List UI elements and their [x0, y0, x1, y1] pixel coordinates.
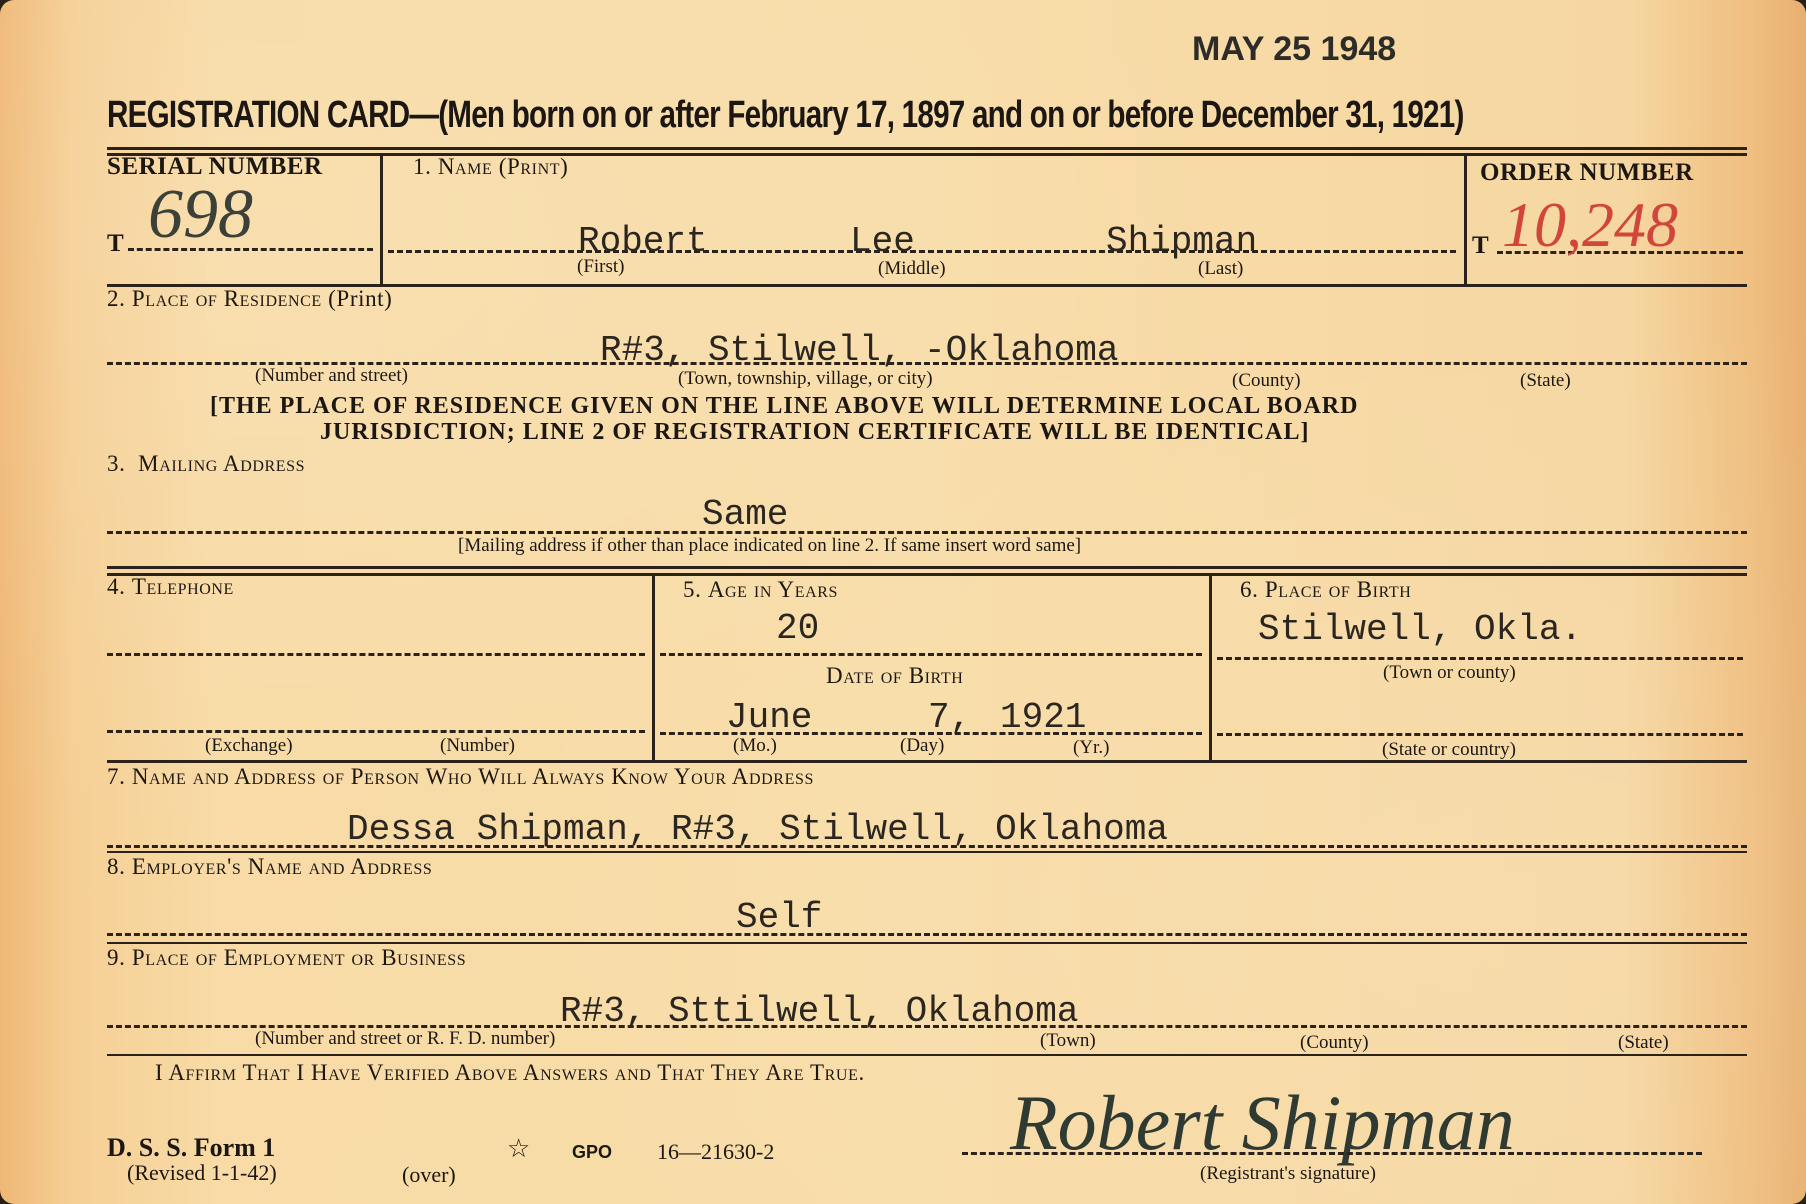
print-code: 16—21630-2 — [657, 1139, 774, 1165]
order-divider — [1464, 156, 1467, 284]
middle-name: Lee — [850, 221, 915, 262]
age-line — [660, 653, 1202, 656]
over-note: (over) — [402, 1162, 456, 1188]
order-number-label: ORDER NUMBER — [1480, 159, 1694, 187]
employment-caption-street: (Number and street or R. F. D. number) — [255, 1028, 555, 1050]
employer-value: Self — [736, 897, 822, 938]
name-line — [388, 250, 1456, 253]
employer-line — [107, 933, 1747, 936]
serial-divider — [380, 156, 383, 284]
employment-place-label: 9. Place of Employment or Business — [107, 945, 466, 971]
order-prefix: T — [1472, 232, 1489, 260]
state-caption: (State or country) — [1382, 739, 1516, 761]
name-label: 1. Name (Print) — [413, 154, 568, 180]
employment-place-value: R#3, Sttilwell, Oklahoma — [560, 991, 1078, 1032]
middle-caption: (Middle) — [878, 258, 946, 280]
card-title: REGISTRATION CARD—(Men born on or after … — [107, 94, 1464, 137]
age-value: 20 — [776, 608, 819, 649]
contact-rule — [107, 851, 1747, 853]
last-caption: (Last) — [1198, 258, 1243, 280]
telephone-exchange-line[interactable] — [107, 653, 645, 656]
row456-bottom-rule — [107, 760, 1747, 763]
telephone-label: 4. Telephone — [107, 574, 234, 600]
residence-caption-town: (Town, township, village, or city) — [678, 368, 933, 390]
yr-caption: (Yr.) — [1073, 737, 1109, 759]
employment-caption-state: (State) — [1618, 1032, 1669, 1054]
day-caption: (Day) — [900, 735, 944, 757]
employer-rule — [107, 942, 1747, 944]
last-name: Shipman — [1106, 221, 1257, 262]
serial-prefix: T — [107, 230, 124, 258]
employer-label: 8. Employer's Name and Address — [107, 854, 432, 880]
telephone-number-line[interactable] — [107, 730, 645, 733]
affirmation-text: I Affirm That I Have Verified Above Answ… — [155, 1060, 865, 1086]
signature-line[interactable] — [962, 1152, 1702, 1155]
form-revised: (Revised 1-1-42) — [127, 1160, 277, 1186]
employment-caption-county: (County) — [1300, 1032, 1369, 1054]
residence-notice-line1: [THE PLACE OF RESIDENCE GIVEN ON THE LIN… — [210, 393, 1358, 420]
mailing-line — [107, 531, 1747, 534]
star-icon: ☆ — [507, 1134, 530, 1164]
residence-caption-county: (County) — [1232, 370, 1301, 392]
employment-rule — [107, 1054, 1747, 1056]
mailing-value: Same — [702, 494, 788, 535]
birthplace-town-line — [1217, 657, 1743, 660]
birthplace-label: 6. Place of Birth — [1240, 577, 1411, 603]
number-caption: (Number) — [440, 735, 515, 757]
mailing-label: 3. Mailing Address — [107, 451, 305, 477]
age-label: 5. Age in Years — [683, 577, 838, 603]
mid-rule — [107, 566, 1747, 569]
age-birth-divider — [1209, 576, 1212, 760]
form-number: D. S. S. Form 1 — [107, 1133, 275, 1163]
mid-rule-2 — [107, 573, 1747, 576]
birthplace-state-line — [1217, 733, 1743, 736]
gpo-mark: GPO — [572, 1142, 612, 1163]
tel-age-divider — [652, 576, 655, 760]
order-number-value: 10,248 — [1502, 188, 1678, 262]
exchange-caption: (Exchange) — [205, 735, 293, 757]
contact-value: Dessa Shipman, R#3, Stilwell, Oklahoma — [347, 809, 1168, 850]
serial-number-value: 698 — [148, 175, 253, 255]
date-stamp: MAY 25 1948 — [1192, 30, 1396, 69]
mo-caption: (Mo.) — [733, 735, 777, 757]
residence-caption-state: (State) — [1520, 370, 1571, 392]
town-caption: (Town or county) — [1383, 662, 1516, 684]
top-rule-2 — [107, 153, 1747, 156]
mailing-caption: [Mailing address if other than place ind… — [458, 535, 1081, 557]
residence-notice-line2: JURISDICTION; LINE 2 OF REGISTRATION CER… — [320, 419, 1309, 446]
birthplace-town: Stilwell, Okla. — [1258, 609, 1582, 650]
residence-value: R#3, Stilwell, -Oklahoma — [600, 330, 1118, 371]
registration-card: MAY 25 1948 REGISTRATION CARD—(Men born … — [0, 0, 1806, 1204]
residence-label: 2. Place of Residence (Print) — [107, 286, 392, 312]
residence-caption-street: (Number and street) — [255, 365, 408, 387]
top-rule — [107, 147, 1747, 150]
first-caption: (First) — [577, 256, 625, 278]
employment-caption-town: (Town) — [1040, 1030, 1096, 1052]
dob-label: Date of Birth — [826, 663, 963, 689]
contact-label: 7. Name and Address of Person Who Will A… — [107, 764, 814, 790]
signature-caption: (Registrant's signature) — [1200, 1163, 1376, 1185]
